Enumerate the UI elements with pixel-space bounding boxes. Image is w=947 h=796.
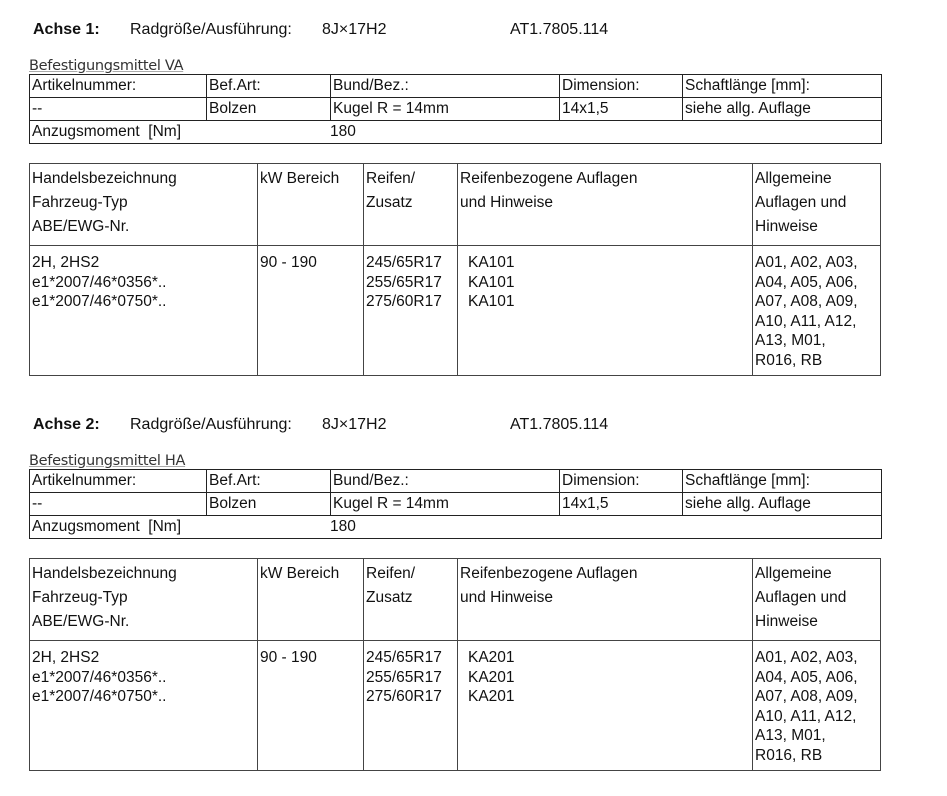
col-general-notes: AllgemeineAuflagen undHinweise bbox=[753, 559, 881, 641]
col-general-notes: AllgemeineAuflagen undHinweise bbox=[753, 164, 881, 246]
text-line: KA201 bbox=[468, 648, 750, 668]
text-line: e1*2007/46*0750*.. bbox=[32, 292, 255, 312]
fastener-value-row: -- Bolzen Kugel R = 14mm 14x1,5 siehe al… bbox=[30, 493, 882, 516]
fastener-type: Bolzen bbox=[207, 98, 331, 121]
general-notes: A01, A02, A03,A04, A05, A06,A07, A08, A0… bbox=[753, 641, 881, 771]
text-line: 245/65R17 bbox=[366, 648, 455, 668]
vehicle-designation: 2H, 2HS2e1*2007/46*0356*..e1*2007/46*075… bbox=[30, 641, 258, 771]
text-line: A10, A11, A12, bbox=[755, 312, 878, 332]
text-line: A01, A02, A03, bbox=[755, 253, 878, 273]
fastener-title: Befestigungsmittel HA bbox=[29, 453, 185, 469]
col-tires: Reifen/Zusatz bbox=[364, 164, 458, 246]
tire-sizes: 245/65R17255/65R17275/60R17 bbox=[364, 246, 458, 376]
tire-notes: KA101KA101KA101 bbox=[458, 246, 753, 376]
text-line: A01, A02, A03, bbox=[755, 648, 878, 668]
col-collar: Bund/Bez.: bbox=[331, 470, 560, 493]
wheel-size-label: Radgröße/Ausführung: bbox=[130, 416, 292, 434]
text-line: 2H, 2HS2 bbox=[32, 648, 255, 668]
col-fastener-type: Bef.Art: bbox=[207, 470, 331, 493]
col-article-number: Artikelnummer: bbox=[30, 75, 207, 98]
approval-code: AT1.7805.114 bbox=[510, 21, 608, 39]
text-line: Hinweise bbox=[755, 610, 878, 634]
text-line: A07, A08, A09, bbox=[755, 292, 878, 312]
fastener-value-row: -- Bolzen Kugel R = 14mm 14x1,5 siehe al… bbox=[30, 98, 882, 121]
text-line: 255/65R17 bbox=[366, 668, 455, 688]
kw-range: 90 - 190 bbox=[258, 246, 364, 376]
text-line: KA201 bbox=[468, 668, 750, 688]
text-line: 255/65R17 bbox=[366, 273, 455, 293]
text-line: Reifenbezogene Auflagen bbox=[460, 167, 750, 191]
torque-value: 180 bbox=[330, 121, 356, 142]
text-line: ABE/EWG-Nr. bbox=[32, 215, 255, 239]
wheel-size-label: Radgröße/Ausführung: bbox=[130, 21, 292, 39]
fastener-type: Bolzen bbox=[207, 493, 331, 516]
axle-label: Achse 2: bbox=[33, 416, 100, 434]
text-line: KA101 bbox=[468, 292, 750, 312]
text-line: Reifen/ bbox=[366, 562, 455, 586]
fastener-table: Artikelnummer: Bef.Art: Bund/Bez.: Dimen… bbox=[29, 74, 882, 144]
text-line: Reifen/ bbox=[366, 167, 455, 191]
article-number: -- bbox=[30, 493, 207, 516]
text-line: A10, A11, A12, bbox=[755, 707, 878, 727]
fastener-header-row: Artikelnummer: Bef.Art: Bund/Bez.: Dimen… bbox=[30, 75, 882, 98]
vehicle-table: HandelsbezeichnungFahrzeug-TypABE/EWG-Nr… bbox=[29, 163, 881, 376]
text-line: KA101 bbox=[468, 273, 750, 293]
col-shaft-length: Schaftlänge [mm]: bbox=[683, 470, 882, 493]
torque-label: Anzugsmoment [Nm] bbox=[32, 123, 181, 140]
col-shaft-length: Schaftlänge [mm]: bbox=[683, 75, 882, 98]
torque-label: Anzugsmoment [Nm] bbox=[32, 518, 181, 535]
text-line: e1*2007/46*0750*.. bbox=[32, 687, 255, 707]
text-line: Hinweise bbox=[755, 215, 878, 239]
text-line: Allgemeine bbox=[755, 167, 878, 191]
vehicle-header-row: HandelsbezeichnungFahrzeug-TypABE/EWG-Nr… bbox=[30, 164, 881, 246]
collar: Kugel R = 14mm bbox=[331, 493, 560, 516]
torque-row: Anzugsmoment [Nm] 180 bbox=[30, 121, 882, 144]
text-line: R016, RB bbox=[755, 746, 878, 766]
shaft-length: siehe allg. Auflage bbox=[683, 98, 882, 121]
text-line: und Hinweise bbox=[460, 586, 750, 610]
vehicle-table: HandelsbezeichnungFahrzeug-TypABE/EWG-Nr… bbox=[29, 558, 881, 771]
article-number: -- bbox=[30, 98, 207, 121]
text-line: Zusatz bbox=[366, 191, 455, 215]
fastener-table: Artikelnummer: Bef.Art: Bund/Bez.: Dimen… bbox=[29, 469, 882, 539]
col-tire-notes: Reifenbezogene Auflagenund Hinweise bbox=[458, 559, 753, 641]
text-line: Fahrzeug-Typ bbox=[32, 586, 255, 610]
dimension: 14x1,5 bbox=[560, 493, 683, 516]
col-kw-range: kW Bereich bbox=[258, 559, 364, 641]
torque-row: Anzugsmoment [Nm] 180 bbox=[30, 516, 882, 539]
text-line: A07, A08, A09, bbox=[755, 687, 878, 707]
wheel-size-value: 8J×17H2 bbox=[322, 21, 387, 39]
text-line: Zusatz bbox=[366, 586, 455, 610]
tire-sizes: 245/65R17255/65R17275/60R17 bbox=[364, 641, 458, 771]
text-line: 275/60R17 bbox=[366, 687, 455, 707]
col-collar: Bund/Bez.: bbox=[331, 75, 560, 98]
collar: Kugel R = 14mm bbox=[331, 98, 560, 121]
col-tires: Reifen/Zusatz bbox=[364, 559, 458, 641]
fastener-title: Befestigungsmittel VA bbox=[29, 58, 183, 74]
dimension: 14x1,5 bbox=[560, 98, 683, 121]
text-line: e1*2007/46*0356*.. bbox=[32, 273, 255, 293]
col-tire-notes: Reifenbezogene Auflagenund Hinweise bbox=[458, 164, 753, 246]
col-designation: HandelsbezeichnungFahrzeug-TypABE/EWG-Nr… bbox=[30, 559, 258, 641]
general-notes: A01, A02, A03,A04, A05, A06,A07, A08, A0… bbox=[753, 246, 881, 376]
col-designation: HandelsbezeichnungFahrzeug-TypABE/EWG-Nr… bbox=[30, 164, 258, 246]
col-article-number: Artikelnummer: bbox=[30, 470, 207, 493]
text-line: 2H, 2HS2 bbox=[32, 253, 255, 273]
text-line: Handelsbezeichnung bbox=[32, 562, 255, 586]
text-line: Auflagen und bbox=[755, 586, 878, 610]
shaft-length: siehe allg. Auflage bbox=[683, 493, 882, 516]
text-line: A04, A05, A06, bbox=[755, 273, 878, 293]
text-line: 245/65R17 bbox=[366, 253, 455, 273]
col-kw-range: kW Bereich bbox=[258, 164, 364, 246]
vehicle-row: 2H, 2HS2e1*2007/46*0356*..e1*2007/46*075… bbox=[30, 246, 881, 376]
text-line: Fahrzeug-Typ bbox=[32, 191, 255, 215]
text-line: R016, RB bbox=[755, 351, 878, 371]
text-line: e1*2007/46*0356*.. bbox=[32, 668, 255, 688]
axle-label: Achse 1: bbox=[33, 21, 100, 39]
text-line: KA201 bbox=[468, 687, 750, 707]
text-line: 275/60R17 bbox=[366, 292, 455, 312]
text-line: Reifenbezogene Auflagen bbox=[460, 562, 750, 586]
text-line: A13, M01, bbox=[755, 331, 878, 351]
torque-value: 180 bbox=[330, 516, 356, 537]
text-line: Auflagen und bbox=[755, 191, 878, 215]
text-line: ABE/EWG-Nr. bbox=[32, 610, 255, 634]
vehicle-row: 2H, 2HS2e1*2007/46*0356*..e1*2007/46*075… bbox=[30, 641, 881, 771]
tire-notes: KA201KA201KA201 bbox=[458, 641, 753, 771]
col-dimension: Dimension: bbox=[560, 75, 683, 98]
vehicle-header-row: HandelsbezeichnungFahrzeug-TypABE/EWG-Nr… bbox=[30, 559, 881, 641]
text-line: A13, M01, bbox=[755, 726, 878, 746]
text-line: und Hinweise bbox=[460, 191, 750, 215]
col-dimension: Dimension: bbox=[560, 470, 683, 493]
vehicle-designation: 2H, 2HS2e1*2007/46*0356*..e1*2007/46*075… bbox=[30, 246, 258, 376]
approval-code: AT1.7805.114 bbox=[510, 416, 608, 434]
text-line: Allgemeine bbox=[755, 562, 878, 586]
col-fastener-type: Bef.Art: bbox=[207, 75, 331, 98]
text-line: A04, A05, A06, bbox=[755, 668, 878, 688]
wheel-size-value: 8J×17H2 bbox=[322, 416, 387, 434]
kw-range: 90 - 190 bbox=[258, 641, 364, 771]
text-line: Handelsbezeichnung bbox=[32, 167, 255, 191]
fastener-header-row: Artikelnummer: Bef.Art: Bund/Bez.: Dimen… bbox=[30, 470, 882, 493]
text-line: KA101 bbox=[468, 253, 750, 273]
